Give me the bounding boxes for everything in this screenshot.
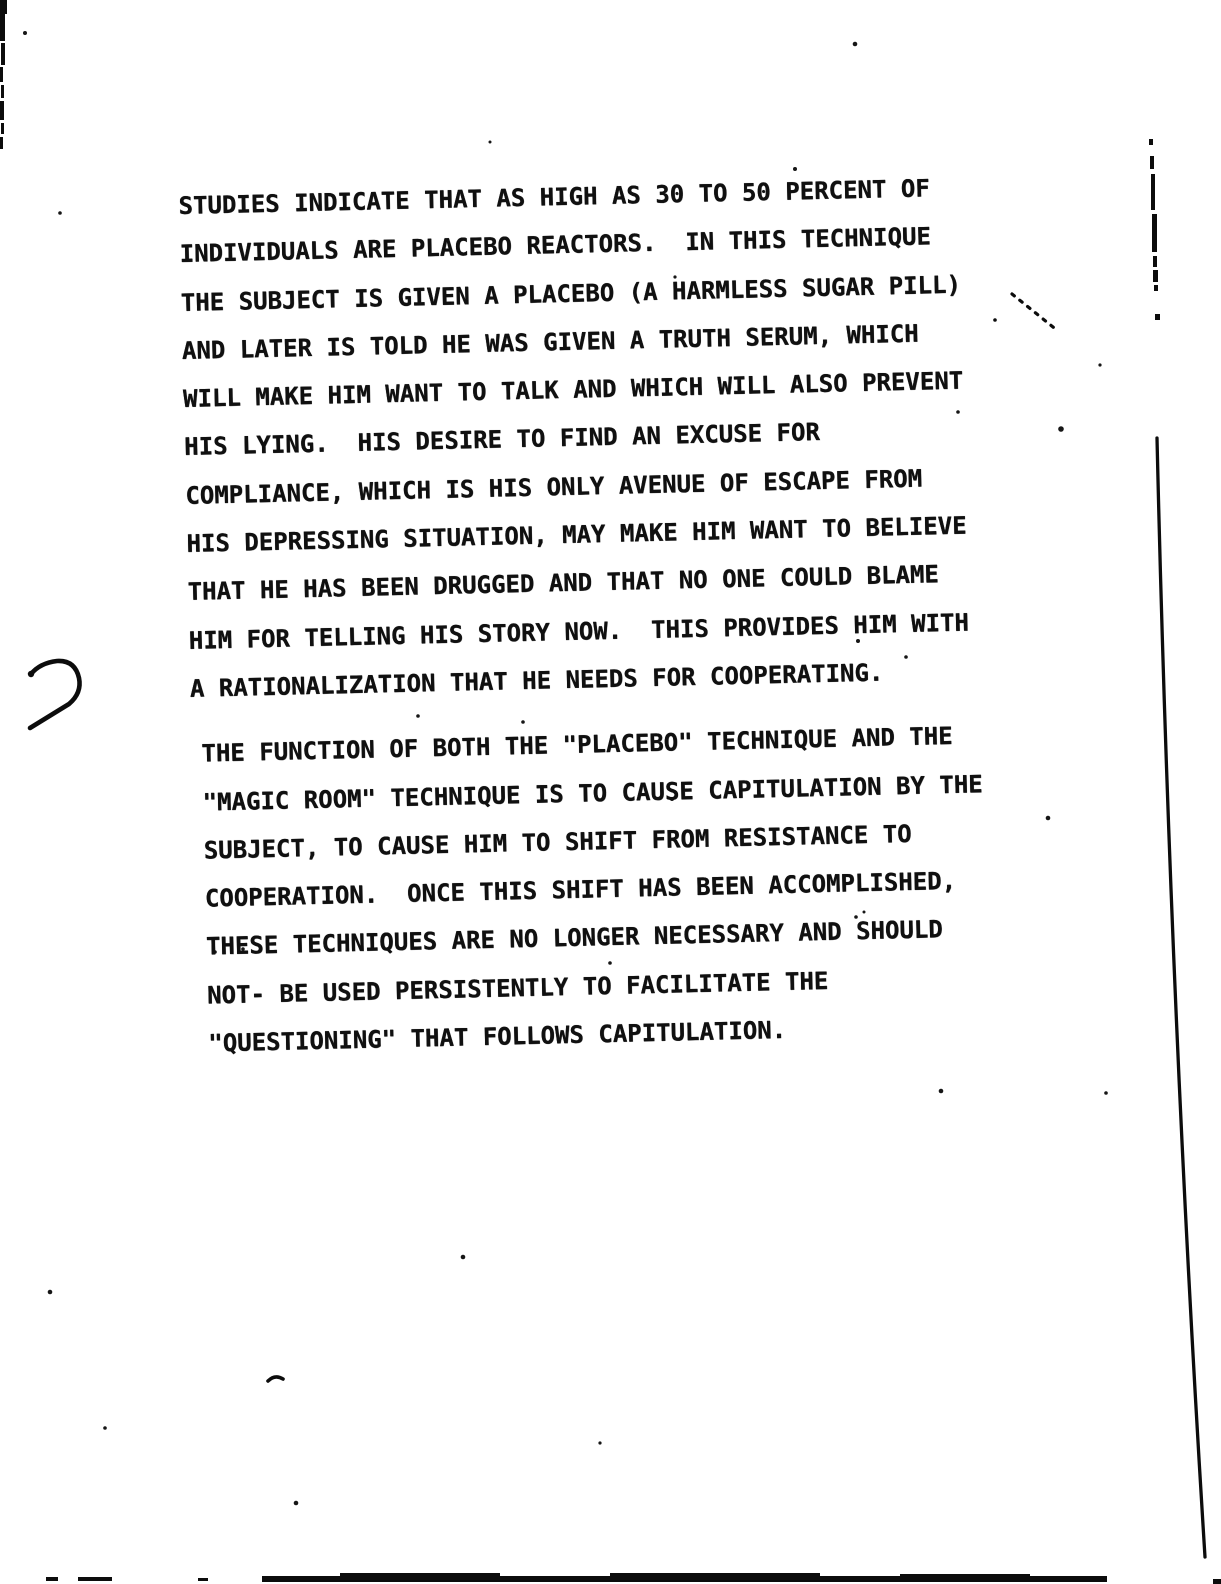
right-margin-scratch-line — [1157, 438, 1205, 1557]
typewritten-text-block: STUDIES INDICATE THAT AS HIGH AS 30 TO 5… — [178, 162, 1029, 1068]
scanned-document-page: STUDIES INDICATE THAT AS HIGH AS 30 TO 5… — [0, 0, 1221, 1584]
small-tilde-mark — [268, 1377, 283, 1381]
paragraph-technique-function: THE FUNCTION OF BOTH THE "PLACEBO" TECHN… — [201, 711, 1029, 1068]
pen-hook-mark — [28, 661, 80, 728]
left-edge-scan-strip — [0, 0, 7, 149]
top-right-dashed-line — [1149, 139, 1160, 320]
paragraph-placebo-reactors: STUDIES INDICATE THAT AS HIGH AS 30 TO 5… — [178, 162, 1020, 713]
bottom-scan-bar — [46, 1573, 1221, 1584]
